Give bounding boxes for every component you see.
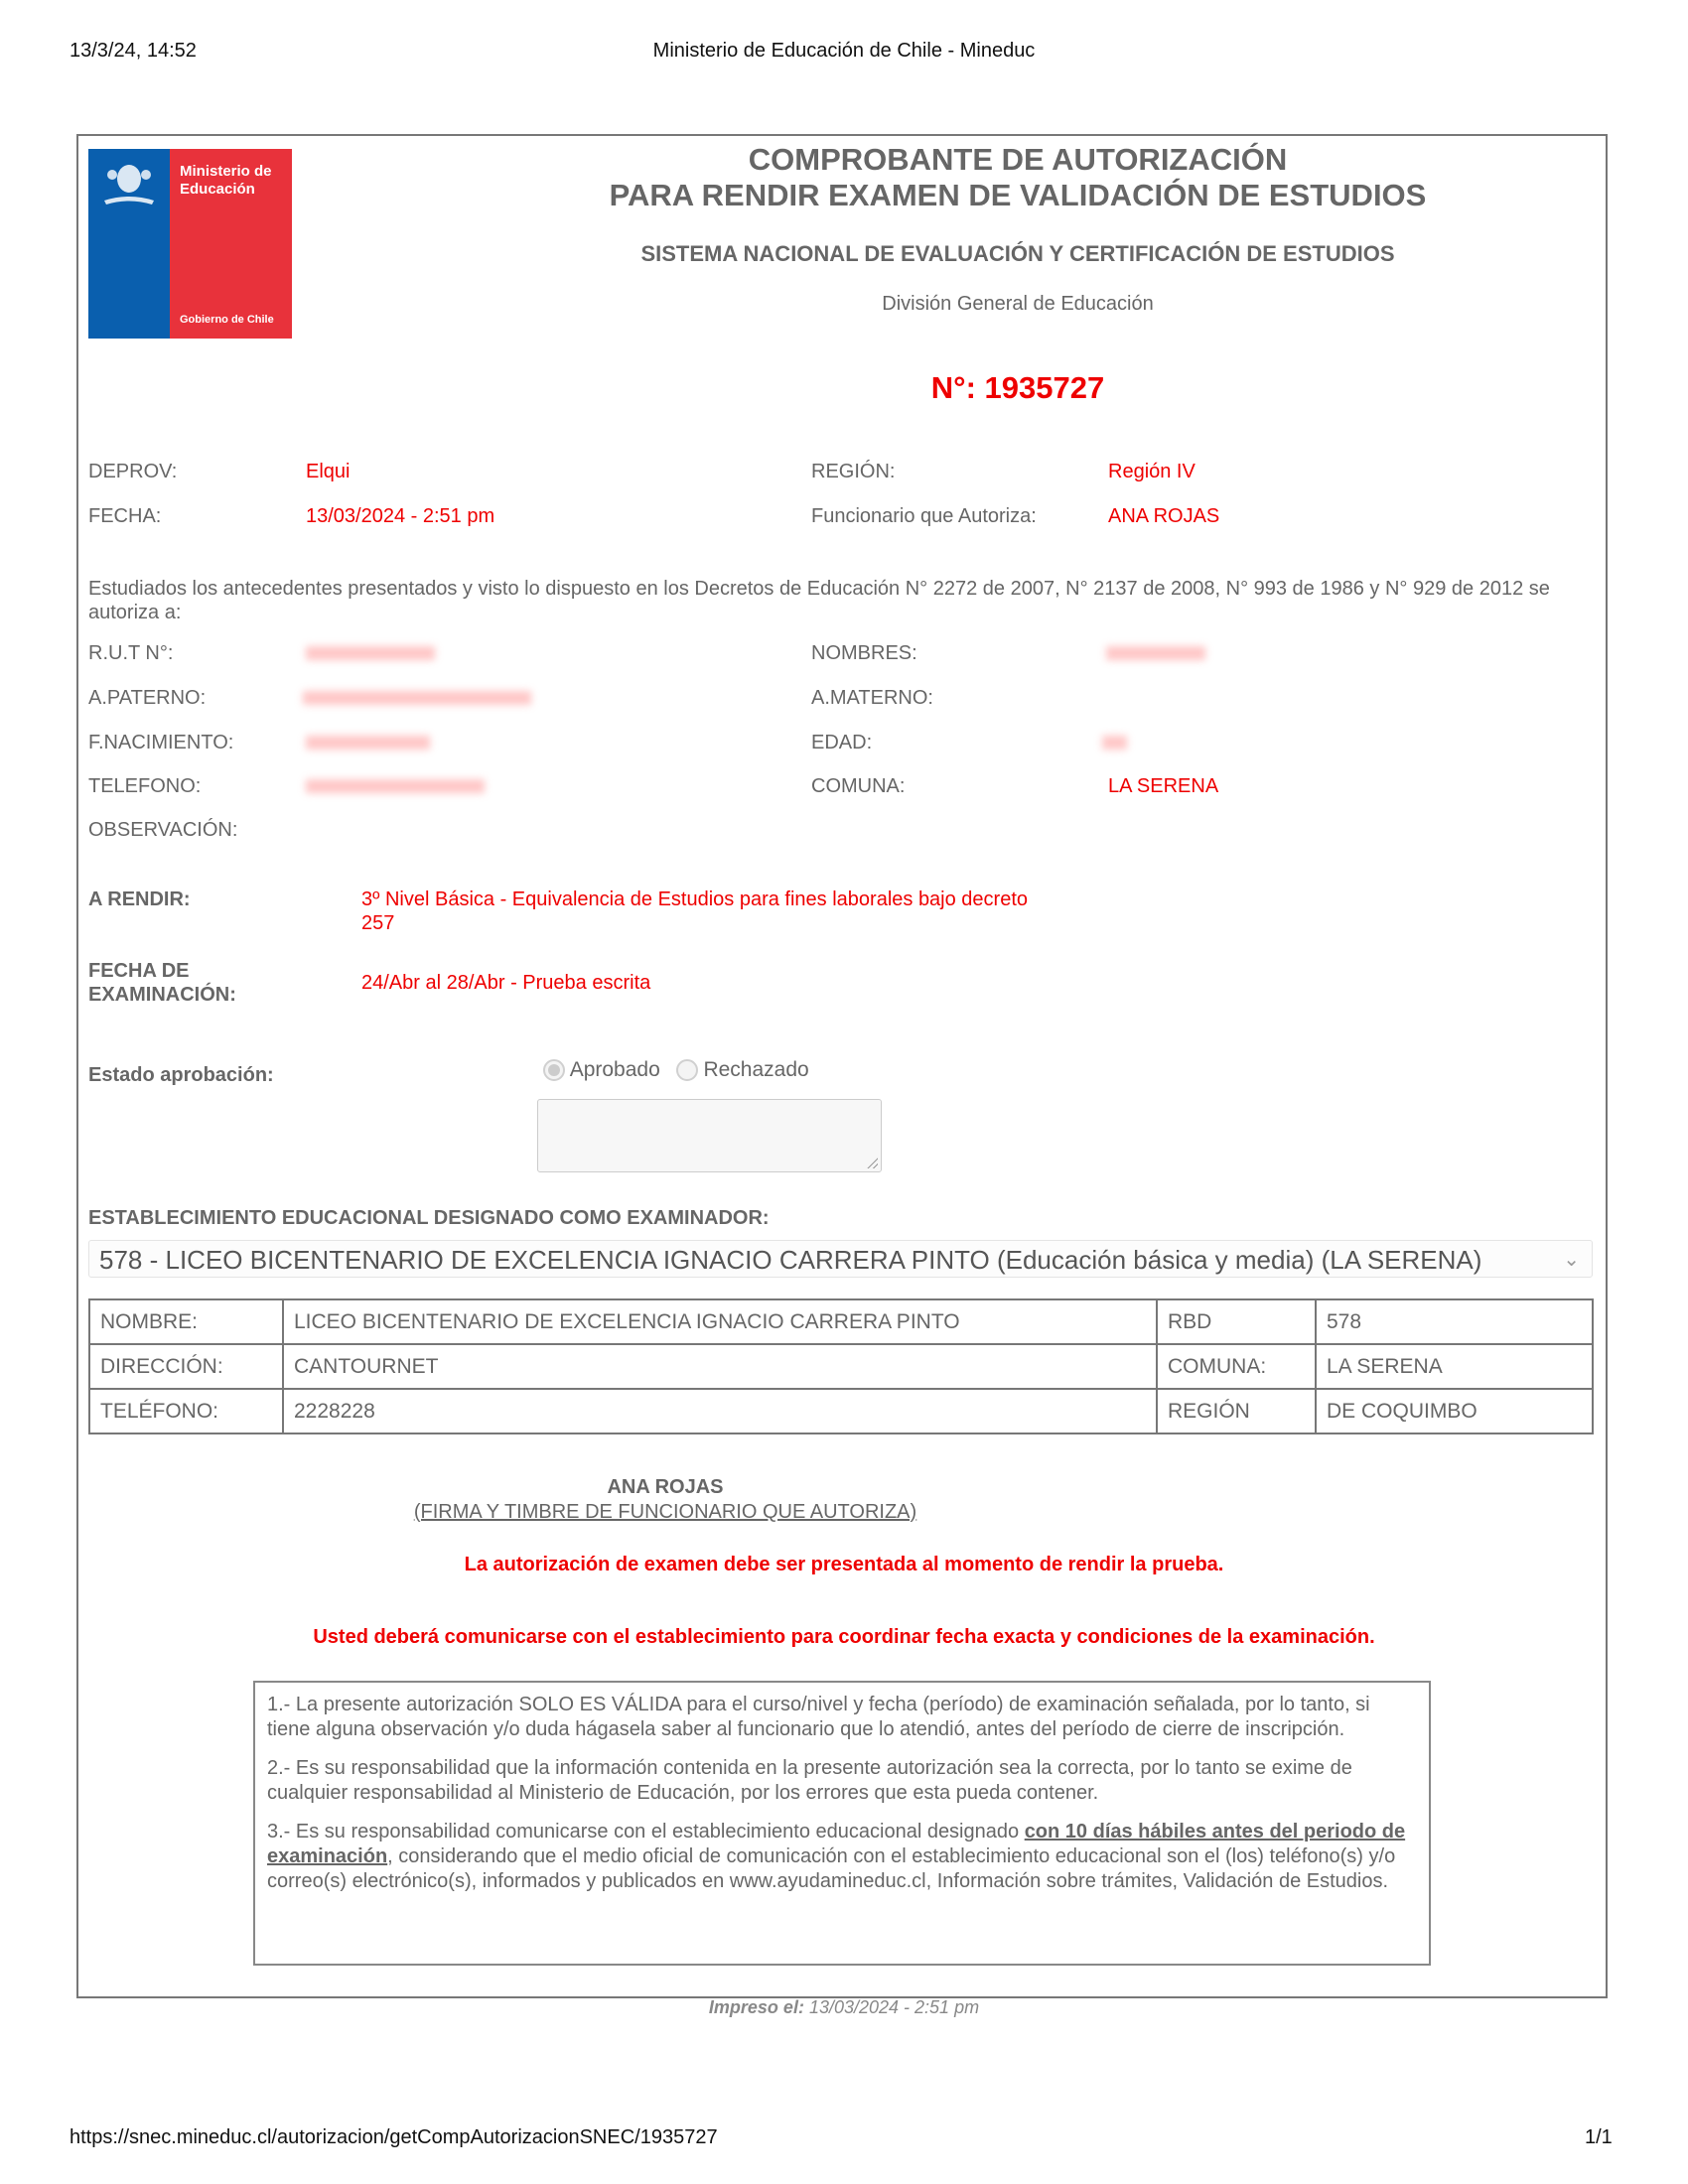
radio-rechazado-label: Rechazado [703, 1058, 808, 1081]
table-row: NOMBRE: LICEO BICENTENARIO DE EXCELENCIA… [89, 1299, 1593, 1344]
table-cell: TELÉFONO: [89, 1389, 283, 1433]
chevron-down-icon: ⌄ [1563, 1241, 1580, 1279]
fecha-examinacion-value: 24/Abr al 28/Abr - Prueba escrita [361, 972, 650, 995]
printed-on: Impreso el: 13/03/2024 - 2:51 pm [0, 1997, 1688, 2018]
edad-value-redacted [1102, 736, 1127, 750]
table-cell: COMUNA: [1157, 1344, 1316, 1389]
document-title: COMPROBANTE DE AUTORIZACIÓN PARA RENDIR … [556, 142, 1479, 213]
approval-comment-textarea[interactable] [537, 1099, 882, 1172]
note-3-text: 3.- Es su responsabilidad comunicarse co… [267, 1821, 1025, 1843]
rut-label: R.U.T N°: [88, 642, 173, 665]
nombres-label: NOMBRES: [811, 642, 917, 665]
estado-aprobacion-label: Estado aprobación: [88, 1063, 274, 1087]
region-value: Región IV [1108, 461, 1196, 483]
logo-line2: Educación [180, 181, 255, 198]
table-cell: CANTOURNET [283, 1344, 1157, 1389]
nacimiento-value-redacted [306, 736, 430, 750]
fecha-value: 13/03/2024 - 2:51 pm [306, 505, 494, 528]
notes-box: 1.- La presente autorización SOLO ES VÁL… [253, 1681, 1431, 1966]
note-3: 3.- Es su responsabilidad comunicarse co… [267, 1820, 1417, 1894]
funcionario-label: Funcionario que Autoriza: [811, 505, 1037, 528]
note-1: 1.- La presente autorización SOLO ES VÁL… [267, 1693, 1417, 1742]
materno-label: A.MATERNO: [811, 687, 933, 710]
title-line2: PARA RENDIR EXAMEN DE VALIDACIÓN DE ESTU… [556, 178, 1479, 213]
establishment-select[interactable]: 578 - LICEO BICENTENARIO DE EXCELENCIA I… [88, 1240, 1593, 1278]
paterno-label: A.PATERNO: [88, 687, 206, 710]
comuna-label: COMUNA: [811, 775, 905, 798]
table-cell: REGIÓN [1157, 1389, 1316, 1433]
establishment-heading: ESTABLECIMIENTO EDUCACIONAL DESIGNADO CO… [88, 1206, 770, 1230]
region-label: REGIÓN: [811, 461, 895, 483]
signatory-name: ANA ROJAS [387, 1476, 943, 1499]
logo-line1: Ministerio de [180, 163, 272, 180]
table-row: DIRECCIÓN: CANTOURNET COMUNA: LA SERENA [89, 1344, 1593, 1389]
nombres-value-redacted [1106, 646, 1205, 660]
edad-label: EDAD: [811, 732, 872, 754]
signature-caption: (FIRMA Y TIMBRE DE FUNCIONARIO QUE AUTOR… [387, 1501, 943, 1524]
approval-radio-group: Aprobado Rechazado [543, 1058, 809, 1082]
print-title: Ministerio de Educación de Chile - Mined… [0, 40, 1688, 63]
division-name: División General de Educación [556, 293, 1479, 316]
radio-aprobado-label: Aprobado [570, 1058, 660, 1081]
deprov-value: Elqui [306, 461, 350, 483]
deprov-label: DEPROV: [88, 461, 177, 483]
table-cell: LICEO BICENTENARIO DE EXCELENCIA IGNACIO… [283, 1299, 1157, 1344]
footer-url: https://snec.mineduc.cl/autorizacion/get… [70, 2126, 718, 2149]
telefono-value-redacted [306, 779, 485, 793]
note-2: 2.- Es su responsabilidad que la informa… [267, 1756, 1417, 1806]
radio-aprobado[interactable] [543, 1059, 565, 1081]
paterno-value-redacted [303, 691, 531, 705]
printed-label: Impreso el: [709, 1997, 804, 2017]
document-subtitle: SISTEMA NACIONAL DE EVALUACIÓN Y CERTIFI… [556, 241, 1479, 267]
decree-text: Estudiados los antecedentes presentados … [88, 577, 1598, 624]
table-row: TELÉFONO: 2228228 REGIÓN DE COQUIMBO [89, 1389, 1593, 1433]
fecha-examinacion-label: FECHA DE EXAMINACIÓN: [88, 959, 267, 1007]
fecha-label: FECHA: [88, 505, 161, 528]
table-cell: RBD [1157, 1299, 1316, 1344]
a-rendir-label: A RENDIR: [88, 887, 191, 911]
title-line1: COMPROBANTE DE AUTORIZACIÓN [556, 142, 1479, 178]
table-cell: DE COQUIMBO [1316, 1389, 1593, 1433]
printed-value: 13/03/2024 - 2:51 pm [809, 1997, 979, 2017]
resize-grip-icon[interactable] [866, 1157, 878, 1168]
coat-of-arms-icon [98, 157, 160, 206]
table-cell: LA SERENA [1316, 1344, 1593, 1389]
warning-contact-establishment: Usted deberá comunicarse con el establec… [0, 1626, 1688, 1649]
radio-rechazado[interactable] [676, 1059, 698, 1081]
authorization-number: N°: 1935727 [556, 370, 1479, 406]
establishment-table: NOMBRE: LICEO BICENTENARIO DE EXCELENCIA… [88, 1298, 1594, 1434]
funcionario-value: ANA ROJAS [1108, 505, 1219, 528]
table-cell: NOMBRE: [89, 1299, 283, 1344]
establishment-select-value: 578 - LICEO BICENTENARIO DE EXCELENCIA I… [99, 1245, 1481, 1275]
rut-value-redacted [306, 646, 435, 660]
page-number: 1/1 [1585, 2126, 1613, 2149]
telefono-label: TELEFONO: [88, 775, 201, 798]
ministry-logo: Ministerio deEducación Gobierno de Chile [88, 149, 292, 339]
warning-present-authorization: La autorización de examen debe ser prese… [0, 1554, 1688, 1576]
note-3-text-end: , considerando que el medio oficial de c… [267, 1845, 1395, 1892]
a-rendir-value: 3º Nivel Básica - Equivalencia de Estudi… [361, 887, 1056, 935]
table-cell: DIRECCIÓN: [89, 1344, 283, 1389]
observacion-label: OBSERVACIÓN: [88, 819, 237, 842]
comuna-value: LA SERENA [1108, 775, 1218, 798]
table-cell: 2228228 [283, 1389, 1157, 1433]
nacimiento-label: F.NACIMIENTO: [88, 732, 233, 754]
table-cell: 578 [1316, 1299, 1593, 1344]
logo-bottom: Gobierno de Chile [180, 314, 274, 326]
